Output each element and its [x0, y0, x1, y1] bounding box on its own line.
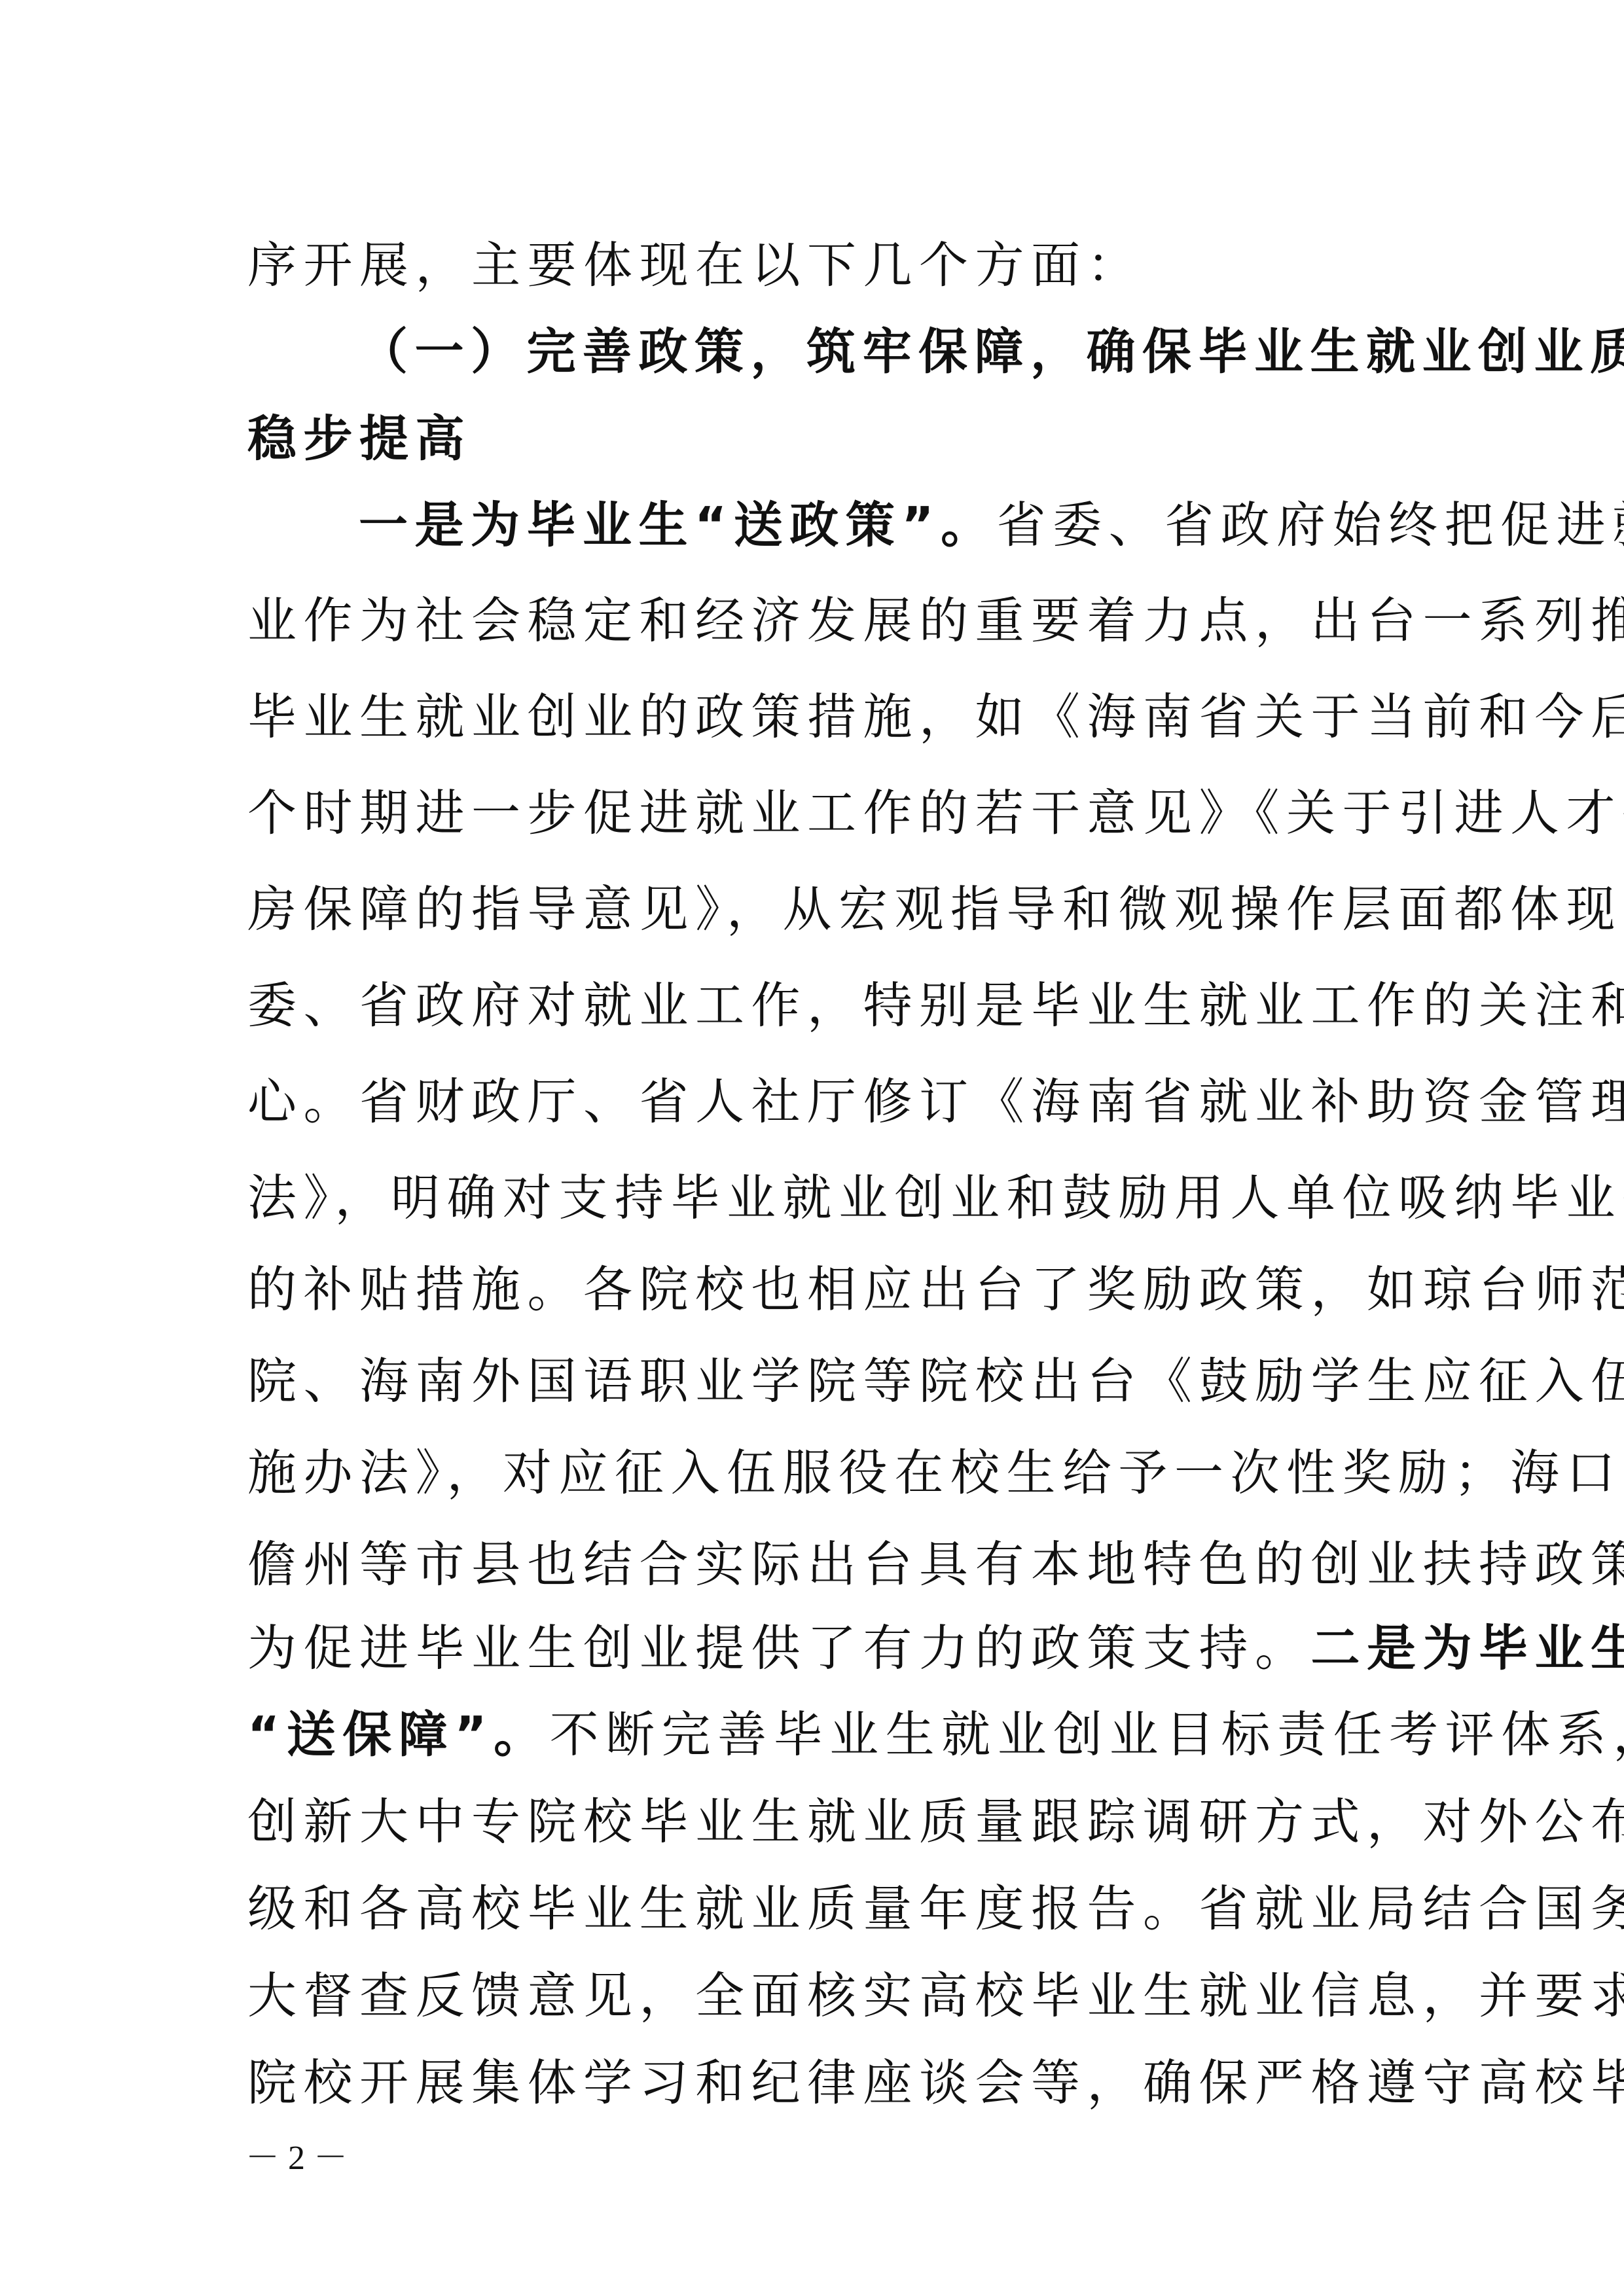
text-line: 业作为社会稳定和经济发展的重要着力点，出台一系列推进	[247, 588, 1380, 653]
text-line: 个时期进一步促进就业工作的若干意见》《关于引进人才住	[247, 780, 1380, 846]
text-line: 创新大中专院校毕业生就业质量跟踪调研方式，对外公布省	[247, 1789, 1380, 1854]
section-heading-line-1: （一）完善政策，筑牢保障，确保毕业生就业创业质量	[359, 319, 1380, 384]
text-line: 院校开展集体学习和纪律座谈会等，确保严格遵守高校毕业	[247, 2050, 1380, 2115]
point-one-heading: 一是为毕业生“送政策”。	[359, 496, 997, 554]
text-line: 法》，明确对支持毕业就业创业和鼓励用人单位吸纳毕业生	[247, 1165, 1380, 1230]
text-line: 级和各高校毕业生就业质量年度报告。省就业局结合国务院	[247, 1876, 1380, 1941]
section-heading: （一）完善政策，筑牢保障，确保毕业生就业创业质量	[359, 323, 1624, 380]
text-segment: 业作为社会稳定和经济发展的重要着力点，出台一系列推进	[247, 592, 1624, 649]
text-segment: 省委、省政府始终把促进就	[997, 496, 1624, 554]
text-line: 的补贴措施。各院校也相应出台了奖励政策，如琼台师范学	[247, 1257, 1380, 1322]
text-line: “送保障”。不断完善毕业生就业创业目标责任考评体系，	[247, 1702, 1380, 1767]
text-segment: 不断完善毕业生就业创业目标责任考评体系，	[550, 1706, 1624, 1763]
section-heading-line-2: 稳步提高	[247, 406, 1380, 471]
text-line: 毕业生就业创业的政策措施，如《海南省关于当前和今后一	[247, 684, 1380, 749]
text-segment: 院校开展集体学习和纪律座谈会等，确保严格遵守高校毕业	[247, 2054, 1624, 2111]
text-segment: 个时期进一步促进就业工作的若干意见》《关于引进人才住	[247, 784, 1624, 842]
text-segment: 的补贴措施。各院校也相应出台了奖励政策，如琼台师范学	[247, 1261, 1624, 1318]
point-two-heading: 二是为毕业生	[1311, 1619, 1624, 1677]
text-segment: 委、省政府对就业工作，特别是毕业生就业工作的关注和关	[247, 977, 1624, 1034]
text-segment: 创新大中专院校毕业生就业质量跟踪调研方式，对外公布省	[247, 1793, 1624, 1850]
text-line: 一是为毕业生“送政策”。省委、省政府始终把促进就	[359, 492, 1380, 558]
text-segment: 儋州等市县也结合实际出台具有本地特色的创业扶持政策，	[247, 1535, 1624, 1593]
text-segment: 施办法》，对应征入伍服役在校生给予一次性奖励；海口、	[247, 1444, 1624, 1501]
text-segment: 院、海南外国语职业学院等院校出台《鼓励学生应征入伍实	[247, 1352, 1624, 1410]
text-line: 大督查反馈意见，全面核实高校毕业生就业信息，并要求各	[247, 1963, 1380, 2028]
text-segment: 心。省财政厅、省人社厅修订《海南省就业补助资金管理办	[247, 1073, 1624, 1130]
text-segment: 法》，明确对支持毕业就业创业和鼓励用人单位吸纳毕业生	[247, 1169, 1624, 1227]
text-line: 序开展，主要体现在以下几个方面：	[247, 232, 1380, 298]
document-page: 序开展，主要体现在以下几个方面： （一）完善政策，筑牢保障，确保毕业生就业创业质…	[0, 0, 1624, 2296]
text-segment: 为促进毕业生创业提供了有力的政策支持。	[247, 1619, 1311, 1677]
text-segment: 大督查反馈意见，全面核实高校毕业生就业信息，并要求各	[247, 1967, 1624, 2024]
text-line: 儋州等市县也结合实际出台具有本地特色的创业扶持政策，	[247, 1532, 1380, 1597]
text-line: 房保障的指导意见》，从宏观指导和微观操作层面都体现省	[247, 876, 1380, 942]
section-heading-continued: 稳步提高	[247, 410, 471, 467]
text-line: 为促进毕业生创业提供了有力的政策支持。二是为毕业生	[247, 1615, 1380, 1681]
point-two-heading-continued: “送保障”。	[247, 1706, 550, 1763]
text-segment: 序开展，主要体现在以下几个方面：	[247, 236, 1143, 294]
text-line: 施办法》，对应征入伍服役在校生给予一次性奖励；海口、	[247, 1440, 1380, 1505]
text-segment: 房保障的指导意见》，从宏观指导和微观操作层面都体现省	[247, 880, 1624, 938]
text-line: 院、海南外国语职业学院等院校出台《鼓励学生应征入伍实	[247, 1348, 1380, 1414]
text-line: 心。省财政厅、省人社厅修订《海南省就业补助资金管理办	[247, 1069, 1380, 1134]
text-line: 委、省政府对就业工作，特别是毕业生就业工作的关注和关	[247, 973, 1380, 1038]
page-number: － 2 －	[245, 2139, 348, 2178]
text-segment: 级和各高校毕业生就业质量年度报告。省就业局结合国务院	[247, 1880, 1624, 1937]
text-segment: 毕业生就业创业的政策措施，如《海南省关于当前和今后一	[247, 688, 1624, 745]
